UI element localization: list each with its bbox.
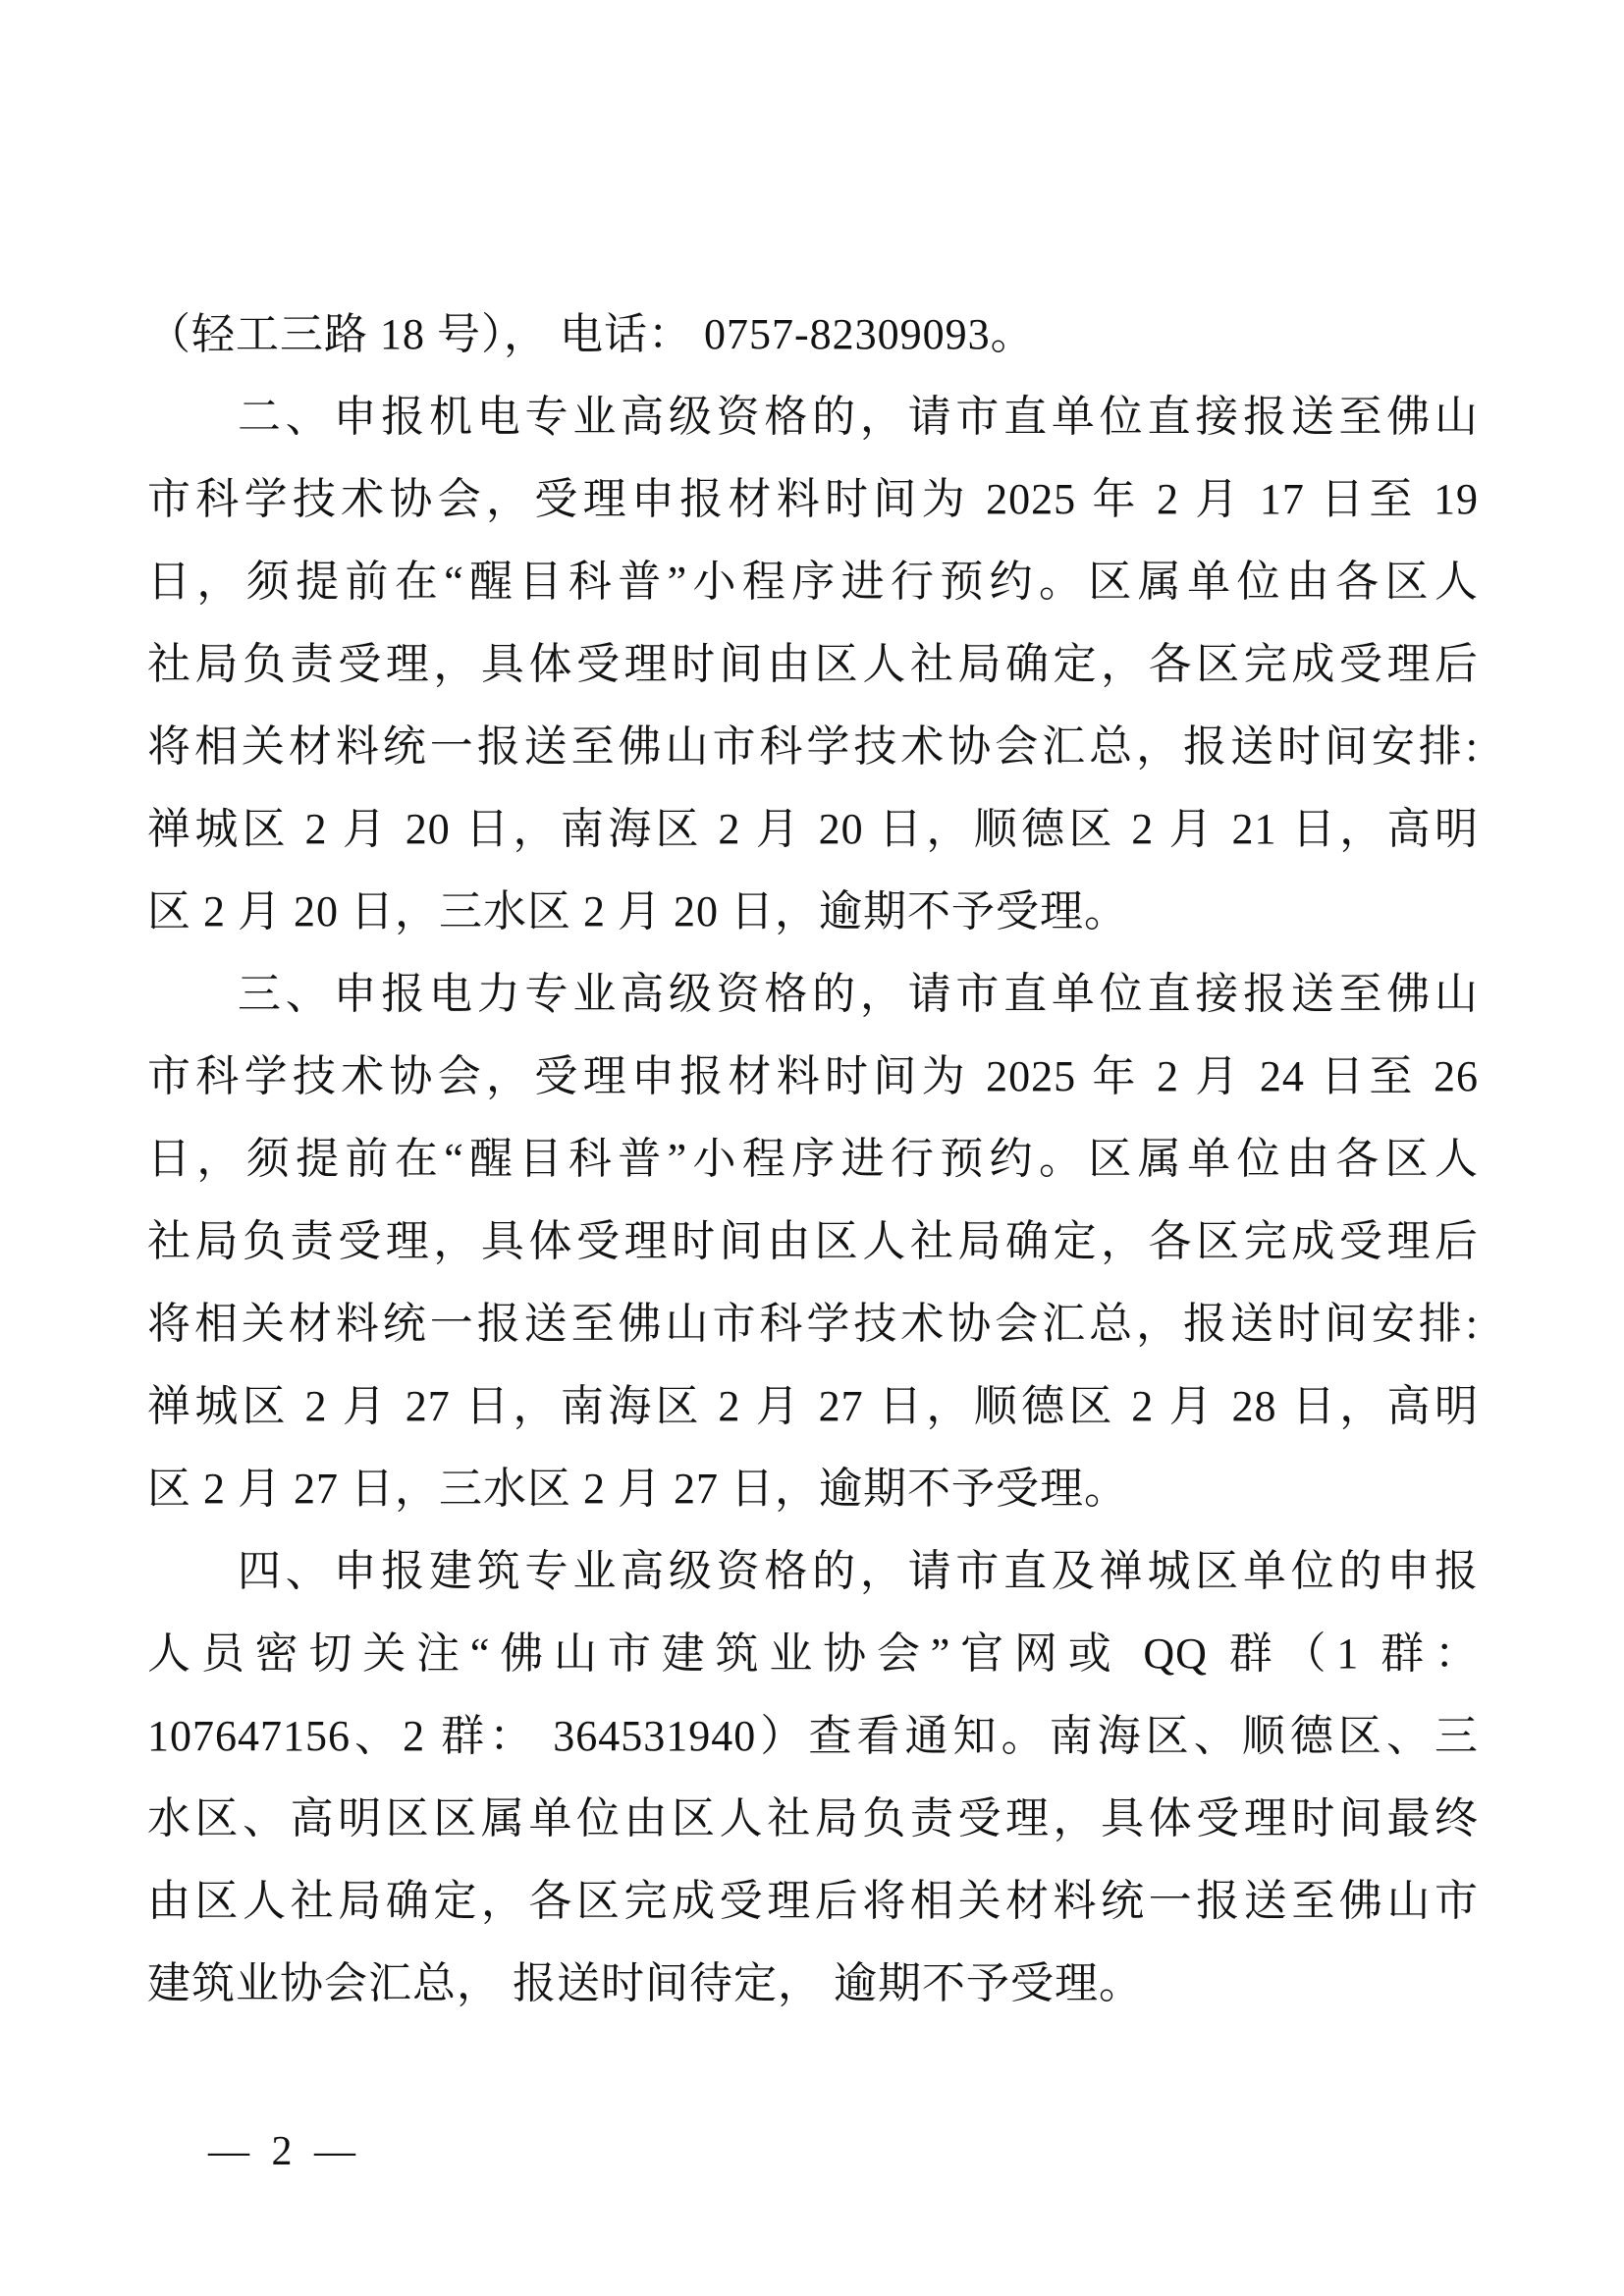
text-line: 社局负责受理，具体受理时间由区人社局确定，各区完成受理后 [147, 623, 1479, 706]
text-line: 由区人社局确定，各区完成受理后将相关材料统一报送至佛山市 [147, 1860, 1479, 1943]
page-number: — 2 — [208, 2128, 361, 2175]
text-line: 禅城区 2 月 27 日，南海区 2 月 27 日，顺德区 2 月 28 日，高… [147, 1365, 1479, 1448]
paragraph-section-three-electric-power: 三、申报电力专业高级资格的，请市直单位直接报送至佛山 市科学技术协会，受理申报材… [147, 953, 1479, 1530]
text-line: 日，须提前在“醒目科普”小程序进行预约。区属单位由各区人 [147, 1118, 1479, 1201]
text-line: 市科学技术协会，受理申报材料时间为 2025 年 2 月 17 日至 19 [147, 458, 1479, 541]
text-line: 将相关材料统一报送至佛山市科学技术协会汇总，报送时间安排: [147, 1283, 1479, 1365]
text-line: 市科学技术协会，受理申报材料时间为 2025 年 2 月 24 日至 26 [147, 1036, 1479, 1118]
document-body: （轻工三路 18 号）， 电话： 0757-82309093。 二、申报机电专业… [147, 294, 1479, 2025]
text-line: 日，须提前在“醒目科普”小程序进行预约。区属单位由各区人 [147, 541, 1479, 623]
text-line: 区 2 月 27 日，三水区 2 月 27 日，逾期不予受理。 [147, 1448, 1479, 1530]
text-line: 水区、高明区区属单位由区人社局负责受理，具体受理时间最终 [147, 1778, 1479, 1860]
text-line: （轻工三路 18 号）， 电话： 0757-82309093。 [147, 294, 1479, 376]
paragraph-contact-continuation: （轻工三路 18 号）， 电话： 0757-82309093。 [147, 294, 1479, 376]
document-page: （轻工三路 18 号）， 电话： 0757-82309093。 二、申报机电专业… [0, 0, 1624, 2296]
text-line: 禅城区 2 月 20 日，南海区 2 月 20 日，顺德区 2 月 21 日，高… [147, 788, 1479, 871]
text-line: 二、申报机电专业高级资格的，请市直单位直接报送至佛山 [147, 376, 1479, 458]
text-line: 107647156、2 群： 364531940）查看通知。南海区、顺德区、三 [147, 1695, 1479, 1778]
text-line: 人员密切关注“佛山市建筑业协会”官网或 QQ 群（1 群： [147, 1613, 1479, 1695]
text-line: 社局负责受理，具体受理时间由区人社局确定，各区完成受理后 [147, 1201, 1479, 1283]
text-line: 区 2 月 20 日，三水区 2 月 20 日，逾期不予受理。 [147, 871, 1479, 953]
text-line: 建筑业协会汇总， 报送时间待定， 逾期不予受理。 [147, 1943, 1479, 2025]
text-line: 三、申报电力专业高级资格的，请市直单位直接报送至佛山 [147, 953, 1479, 1036]
text-line: 四、申报建筑专业高级资格的，请市直及禅城区单位的申报 [147, 1530, 1479, 1613]
paragraph-section-four-construction: 四、申报建筑专业高级资格的，请市直及禅城区单位的申报 人员密切关注“佛山市建筑业… [147, 1530, 1479, 2025]
paragraph-section-two-mechanical-electrical: 二、申报机电专业高级资格的，请市直单位直接报送至佛山 市科学技术协会，受理申报材… [147, 376, 1479, 953]
text-line: 将相关材料统一报送至佛山市科学技术协会汇总，报送时间安排: [147, 706, 1479, 788]
